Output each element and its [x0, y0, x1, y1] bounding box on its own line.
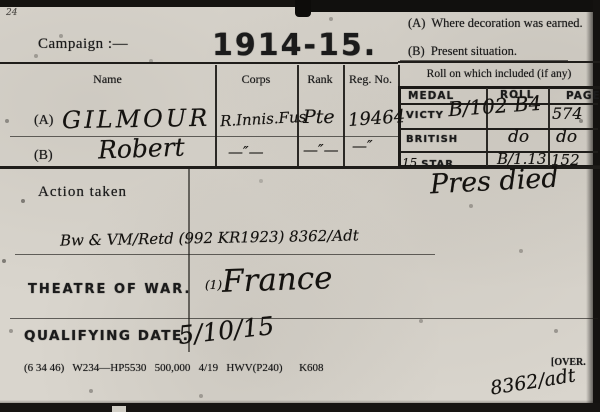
row-b-prefix: (B)	[34, 148, 53, 164]
action-underline	[15, 254, 435, 255]
footer-print-code: (6 34 46) W234—HP5530 500,000 4/19 HWV(P…	[24, 362, 324, 374]
theatre-of-war-value: France	[221, 260, 333, 300]
col-header-rank: Rank	[297, 72, 343, 87]
row-b-regno-ditto: —″	[352, 137, 373, 155]
row-a-rank: Pte	[303, 106, 335, 128]
page-british-ditto: do	[556, 127, 577, 147]
row-a-corps: R.Innis.Fus	[220, 108, 307, 130]
medal-row-victory-label: VICTY	[406, 110, 444, 121]
row-b-forename: Robert	[98, 132, 186, 164]
row-b-corps-ditto: —″—	[228, 143, 264, 161]
qualifying-date-value: 5/10/15	[177, 311, 276, 350]
legend-where-earned: (A) Where decoration was earned.	[408, 16, 583, 31]
present-situation-note: Pres died	[429, 163, 559, 201]
row-a-prefix: (A)	[34, 113, 53, 129]
action-taken-value: Bw & VM/Retd (992 KR1923) 8362/Adt	[60, 226, 359, 249]
row-a-underline	[10, 136, 398, 137]
scan-edge-blob	[295, 0, 311, 17]
campaign-value: 1914-15.	[212, 28, 377, 63]
col-header-regno: Reg. No.	[343, 72, 398, 87]
campaign-label: Campaign :—	[38, 36, 128, 53]
page-victory-value: 574	[552, 104, 583, 123]
rule-under-campaign-right	[398, 61, 600, 63]
action-taken-label: Action taken	[38, 184, 127, 201]
row-a-regno: 19464	[347, 106, 406, 131]
theatre-value-prefix: (1)	[205, 278, 222, 292]
table-vline-3	[343, 65, 345, 168]
corner-pencil-mark: 24	[6, 8, 17, 18]
row-a-surname: GILMOUR	[62, 104, 211, 135]
table-vline-4	[398, 65, 400, 86]
medal-vline-page	[548, 88, 550, 166]
rule-under-theatre	[10, 318, 598, 319]
table-vline-1	[215, 65, 217, 168]
footer-reference-note: 8362/adt	[489, 364, 577, 399]
roll-british-ditto: do	[508, 127, 529, 147]
theatre-of-war-label: THEATRE OF WAR.	[28, 282, 191, 297]
scan-edge-bottom	[0, 403, 600, 412]
medal-col-page: PAGE	[566, 90, 600, 102]
scan-edge-gap	[112, 406, 126, 412]
qualifying-date-label: QUALIFYING DATE.	[24, 328, 189, 344]
medal-row-british-label: BRITISH	[406, 134, 458, 145]
rule-under-campaign	[0, 62, 398, 64]
row-b-rank-ditto: —″—	[303, 141, 339, 159]
col-header-corps: Corps	[215, 72, 297, 87]
legend-present-situation: (B) Present situation.	[408, 44, 517, 59]
medal-index-card: 24 (A) Where decoration was earned. (B) …	[0, 0, 600, 412]
col-header-name: Name	[0, 72, 215, 87]
scan-edge-top-right	[295, 0, 600, 12]
col-header-roll: Roll on which included (if any)	[398, 68, 600, 80]
